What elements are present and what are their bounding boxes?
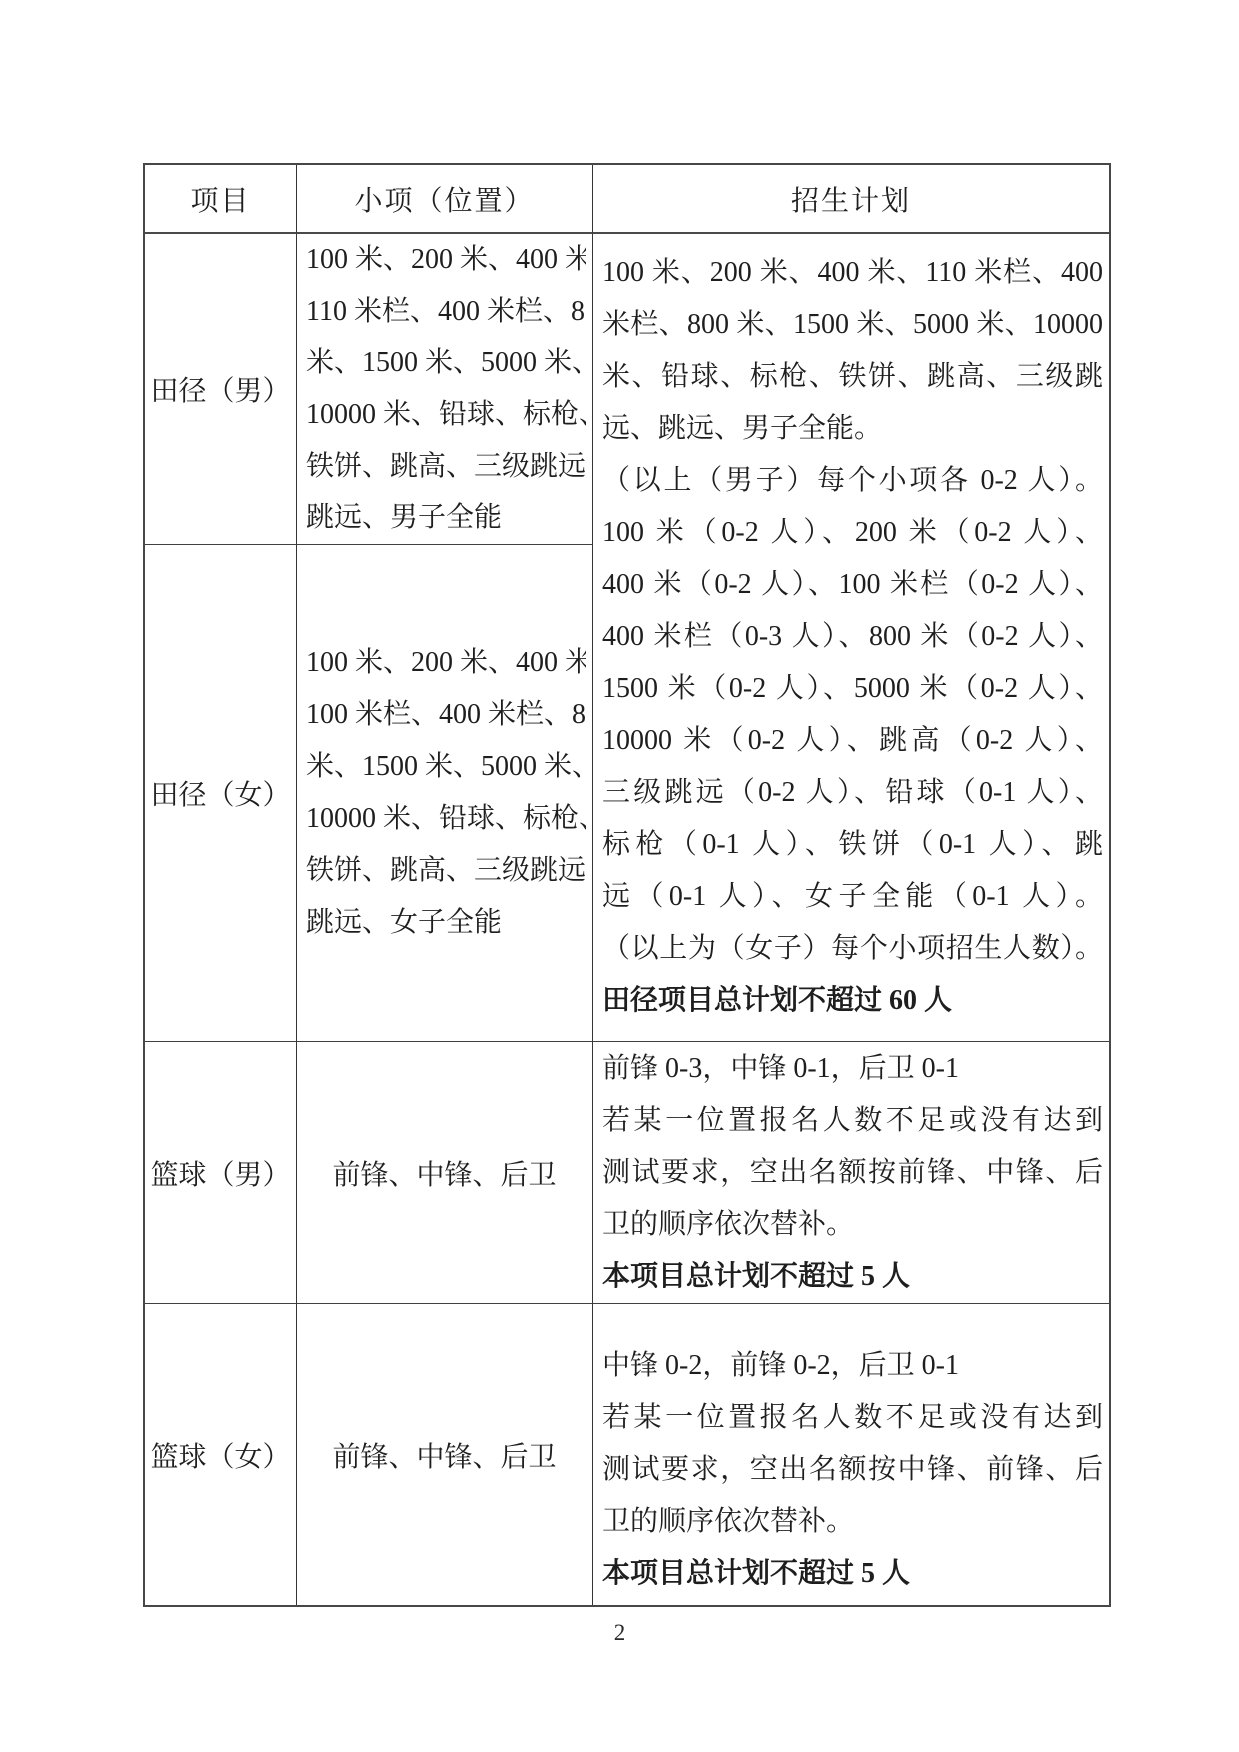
sub-items-cell-athletics-women: 100 米、200 米、400 米、 100 米栏、400 米栏、800 米、1… — [297, 545, 593, 1042]
plan-cell-athletics: 100 米、200 米、400 米、110 米栏、400 米栏、800 米、15… — [593, 234, 1109, 1042]
sub-items-cell-athletics-men: 100 米、200 米、400 米、 110 米栏、400 米栏、800 米、1… — [297, 234, 593, 545]
plan-line: 前锋 0-3，中锋 0-1，后卫 0-1 — [602, 1043, 1103, 1095]
sub-item-line: 米、1500 米、5000 米、 — [306, 337, 586, 389]
plan-line: 100 米（0-2 人）、200 米（0-2 人）、 — [602, 507, 1103, 559]
plan-line: 1500 米（0-2 人）、5000 米（0-2 人）、 — [602, 663, 1103, 715]
event-cell-athletics-women: 田径（女） — [145, 545, 297, 1042]
plan-line: 三级跳远（0-2 人）、铅球（0-1 人）、 — [602, 767, 1103, 819]
sub-item-line: 100 米栏、400 米栏、800 — [306, 689, 586, 741]
sub-item-line: 跳远、男子全能 — [306, 492, 586, 544]
plan-line: 米栏、800 米、1500 米、5000 米、10000 — [602, 299, 1103, 351]
sub-item-line: 100 米、200 米、400 米、 — [306, 234, 586, 286]
plan-line: 400 米（0-2 人）、100 米栏（0-2 人）、 — [602, 559, 1103, 611]
sub-item-line: 10000 米、铅球、标枪、 — [306, 793, 586, 845]
sub-item-line: 跳远、女子全能 — [306, 897, 586, 949]
plan-line: 测试要求，空出名额按前锋、中锋、后 — [602, 1147, 1103, 1199]
plan-cell-basketball-women: 中锋 0-2，前锋 0-2，后卫 0-1 若某一位置报名人数不足或没有达到 测试… — [593, 1304, 1109, 1605]
plan-line: （以上为（女子）每个小项招生人数）。 — [602, 923, 1103, 975]
plan-line: 远、跳远、男子全能。 — [602, 403, 1103, 455]
plan-line: 400 米栏（0-3 人）、800 米（0-2 人）、 — [602, 611, 1103, 663]
sub-item-line: 10000 米、铅球、标枪、 — [306, 389, 586, 441]
header-cell-plan: 招生计划 — [593, 165, 1109, 234]
sub-item-line: 100 米、200 米、400 米、 — [306, 637, 586, 689]
page-number: 2 — [0, 1620, 1239, 1646]
plan-line: 10000 米（0-2 人）、跳高（0-2 人）、 — [602, 715, 1103, 767]
plan-line: 卫的顺序依次替补。 — [602, 1199, 1103, 1251]
event-cell-athletics-men: 田径（男） — [145, 234, 297, 545]
plan-line: 卫的顺序依次替补。 — [602, 1496, 1103, 1548]
plan-line: 若某一位置报名人数不足或没有达到 — [602, 1095, 1103, 1147]
header-cell-sub-item: 小项（位置） — [297, 165, 593, 234]
sub-item-line: 米、1500 米、5000 米、 — [306, 741, 586, 793]
header-cell-project: 项目 — [145, 165, 297, 234]
event-cell-basketball-women: 篮球（女） — [145, 1304, 297, 1605]
plan-total-line: 田径项目总计划不超过 60 人 — [602, 975, 1103, 1027]
enrollment-plan-table: 项目 小项（位置） 招生计划 田径（男） 100 米、200 米、400 米、 … — [143, 163, 1111, 1607]
plan-total-line: 本项目总计划不超过 5 人 — [602, 1548, 1103, 1600]
positions-cell-basketball-men: 前锋、中锋、后卫 — [297, 1042, 593, 1304]
plan-line: 若某一位置报名人数不足或没有达到 — [602, 1392, 1103, 1444]
plan-line: 中锋 0-2，前锋 0-2，后卫 0-1 — [602, 1340, 1103, 1392]
plan-line: 米、铅球、标枪、铁饼、跳高、三级跳 — [602, 351, 1103, 403]
plan-cell-basketball-men: 前锋 0-3，中锋 0-1，后卫 0-1 若某一位置报名人数不足或没有达到 测试… — [593, 1042, 1109, 1304]
plan-line: 标枪（0-1 人）、铁饼（0-1 人）、跳 — [602, 819, 1103, 871]
plan-line: 100 米、200 米、400 米、110 米栏、400 — [602, 247, 1103, 299]
plan-line: 测试要求，空出名额按中锋、前锋、后 — [602, 1444, 1103, 1496]
positions-cell-basketball-women: 前锋、中锋、后卫 — [297, 1304, 593, 1605]
event-cell-basketball-men: 篮球（男） — [145, 1042, 297, 1304]
plan-total-line: 本项目总计划不超过 5 人 — [602, 1251, 1103, 1303]
document-page: 项目 小项（位置） 招生计划 田径（男） 100 米、200 米、400 米、 … — [0, 0, 1239, 1752]
sub-item-line: 铁饼、跳高、三级跳远、 — [306, 441, 586, 493]
sub-item-line: 110 米栏、400 米栏、800 — [306, 286, 586, 338]
sub-item-line: 铁饼、跳高、三级跳远、 — [306, 845, 586, 897]
plan-line: 远（0-1 人）、女子全能（0-1 人）。 — [602, 871, 1103, 923]
plan-line: （以上（男子）每个小项各 0-2 人）。 — [602, 455, 1103, 507]
